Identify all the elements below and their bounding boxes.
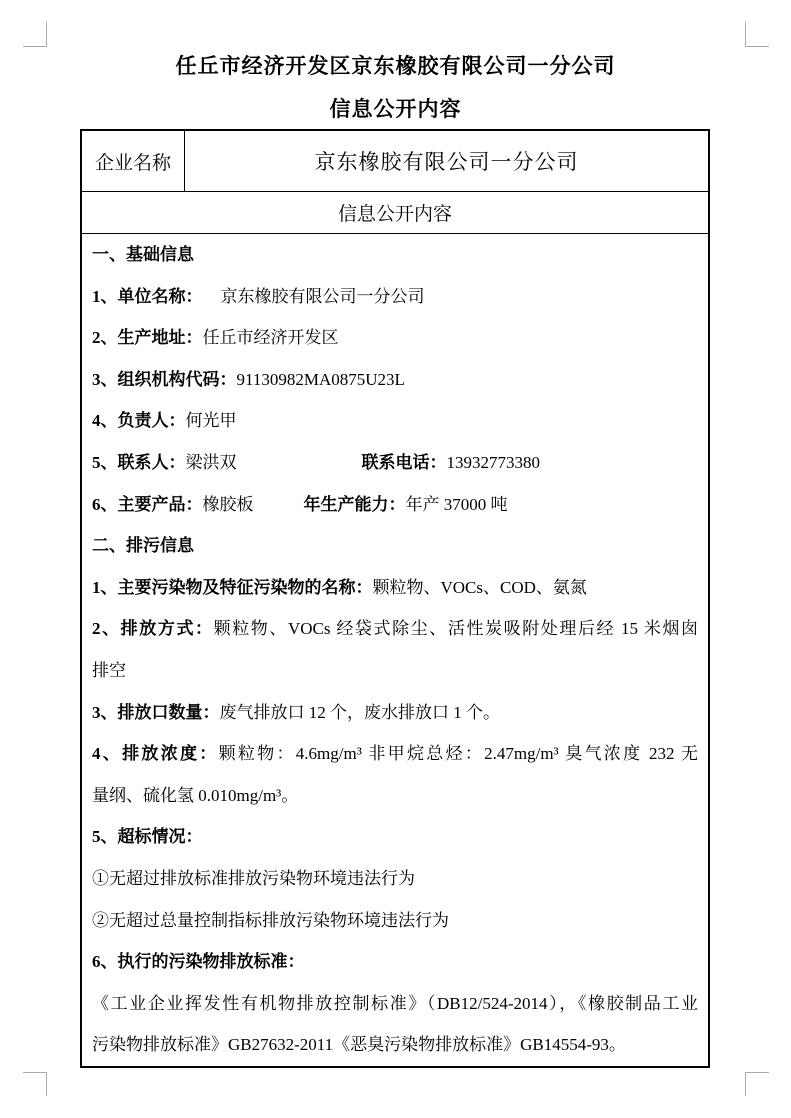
text-segment: 6、执行的污染物排放标准： [92, 952, 305, 971]
text-segment: 1、主要污染物及特征污染物的名称： [92, 578, 373, 597]
spacer [254, 509, 304, 510]
content-line: 4、负责人：何光甲 [92, 400, 698, 442]
content-line: ①无超过排放标准排放污染物环境违法行为 [92, 858, 698, 900]
text-segment: 一、基础信息 [92, 245, 194, 264]
company-name-label: 企业名称 [82, 131, 185, 191]
content-line: 排空 [92, 650, 698, 692]
document-subtitle: 信息公开内容 [0, 97, 791, 123]
text-segment: 13932773380 [447, 453, 541, 472]
text-segment: 3、排放口数量： [92, 703, 220, 722]
text-segment: 4、排放浓度： [92, 744, 219, 763]
content-line: 1、单位名称：京东橡胶有限公司一分公司 [92, 276, 698, 318]
content-line: 2、生产地址：任丘市经济开发区 [92, 317, 698, 359]
crop-mark-bottom-right [745, 1072, 769, 1096]
text-segment: 91130982MA0875U23L [237, 370, 405, 389]
content-line: 《工业企业挥发性有机物排放控制标准》（DB12/524-2014），《橡胶制品工… [92, 983, 698, 1025]
crop-mark-bottom-left [23, 1072, 47, 1096]
document-page: 任丘市经济开发区京东橡胶有限公司一分公司 信息公开内容 企业名称 京东橡胶有限公… [0, 0, 791, 1118]
crop-mark-top-right [745, 22, 769, 47]
text-segment: 任丘市经济开发区 [203, 328, 339, 347]
content-line: 6、主要产品：橡胶板年生产能力：年产 37000 吨 [92, 484, 698, 526]
text-segment: ①无超过排放标准排放污染物环境违法行为 [92, 869, 415, 888]
text-segment: 联系电话： [362, 453, 447, 472]
text-segment: 3、组织机构代码： [92, 370, 237, 389]
content-line: 3、排放口数量：废气排放口 12 个，废水排放口 1 个。 [92, 692, 698, 734]
content-line: 4、排放浓度：颗粒物：4.6mg/m³ 非甲烷总烃：2.47mg/m³ 臭气浓度… [92, 733, 698, 775]
content-line: 2、排放方式：颗粒物、VOCs 经袋式除尘、活性炭吸附处理后经 15 米烟囱 [92, 608, 698, 650]
table-content-cell: 一、基础信息1、单位名称：京东橡胶有限公司一分公司2、生产地址：任丘市经济开发区… [82, 234, 708, 1066]
content-line: 污染物排放标准》GB27632-2011《恶臭污染物排放标准》GB14554-9… [92, 1024, 698, 1066]
content-line: 量纲、硫化氢 0.010mg/m³。 [92, 775, 698, 817]
content-line: 5、超标情况： [92, 816, 698, 858]
document-title: 任丘市经济开发区京东橡胶有限公司一分公司 [0, 54, 791, 80]
content-line: 5、联系人：梁洪双联系电话：13932773380 [92, 442, 698, 484]
info-table: 企业名称 京东橡胶有限公司一分公司 信息公开内容 一、基础信息1、单位名称：京东… [80, 129, 710, 1068]
text-segment: 2、排放方式： [92, 619, 214, 638]
text-segment: 年生产能力： [304, 495, 406, 514]
text-segment: 5、超标情况： [92, 827, 203, 846]
company-name-value: 京东橡胶有限公司一分公司 [185, 131, 708, 191]
text-segment: 颗粒物、VOCs、COD、氨氮 [373, 578, 587, 597]
text-segment: 2、生产地址： [92, 328, 203, 347]
text-segment: 颗粒物、VOCs 经袋式除尘、活性炭吸附处理后经 15 米烟囱 [214, 619, 698, 638]
text-segment: 何光甲 [186, 411, 237, 430]
text-segment: ②无超过总量控制指标排放污染物环境违法行为 [92, 911, 449, 930]
spacer [237, 467, 362, 468]
content-line: 二、排污信息 [92, 525, 698, 567]
text-segment: 6、主要产品： [92, 495, 203, 514]
text-segment: 4、负责人： [92, 411, 186, 430]
content-line: 6、执行的污染物排放标准： [92, 941, 698, 983]
text-segment: 梁洪双 [186, 453, 237, 472]
text-segment: 年产 37000 吨 [406, 495, 508, 514]
content-line: 1、主要污染物及特征污染物的名称：颗粒物、VOCs、COD、氨氮 [92, 567, 698, 609]
text-segment: 5、联系人： [92, 453, 186, 472]
content-line: 一、基础信息 [92, 234, 698, 276]
text-segment: 颗粒物：4.6mg/m³ 非甲烷总烃：2.47mg/m³ 臭气浓度 232 无 [219, 744, 698, 763]
text-segment: 二、排污信息 [92, 536, 194, 555]
text-segment: 排空 [92, 661, 126, 680]
table-row-section-header: 信息公开内容 [82, 192, 708, 234]
crop-mark-top-left [23, 22, 47, 47]
table-row-company: 企业名称 京东橡胶有限公司一分公司 [82, 131, 708, 192]
content-line: ②无超过总量控制指标排放污染物环境违法行为 [92, 900, 698, 942]
content-line: 3、组织机构代码：91130982MA0875U23L [92, 359, 698, 401]
text-segment: 橡胶板 [203, 495, 254, 514]
spacer [203, 301, 221, 302]
text-segment: 京东橡胶有限公司一分公司 [221, 287, 425, 306]
text-segment: 1、单位名称： [92, 287, 203, 306]
text-segment: 量纲、硫化氢 0.010mg/m³。 [92, 786, 298, 805]
text-segment: 《工业企业挥发性有机物排放控制标准》（DB12/524-2014），《橡胶制品工… [92, 994, 698, 1013]
text-segment: 污染物排放标准》GB27632-2011《恶臭污染物排放标准》GB14554-9… [92, 1035, 626, 1054]
text-segment: 废气排放口 12 个，废水排放口 1 个。 [220, 703, 501, 722]
